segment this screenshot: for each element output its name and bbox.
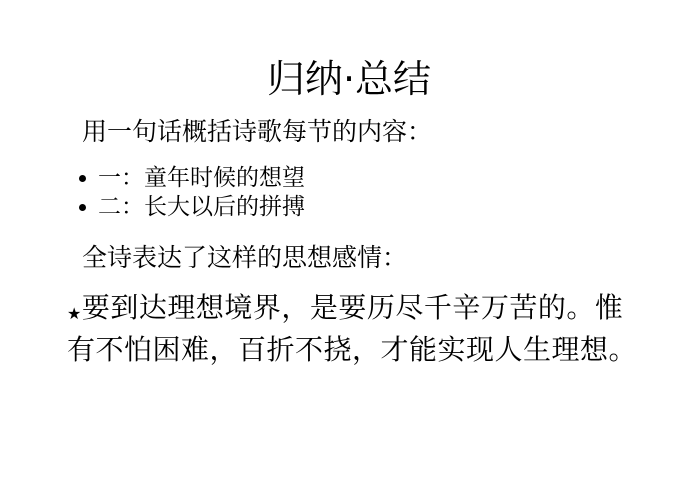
bullet-icon	[79, 204, 86, 211]
theme-prompt: 全诗表达了这样的思想感情：	[82, 242, 407, 274]
conclusion-text: 要到达理想境界，是要历尽千辛万苦的。惟有不怕困难，百折不挠，才能实现人生理想。	[67, 291, 637, 366]
conclusion-paragraph: ★要到达理想境界，是要历尽千辛万苦的。惟有不怕困难，百折不挠，才能实现人生理想。	[67, 290, 637, 368]
list-item: 一：童年时候的想望	[76, 164, 305, 193]
star-icon: ★	[67, 304, 82, 323]
list-item: 二：长大以后的拼搏	[76, 193, 305, 222]
stanza-summary-list: 一：童年时候的想望 二：长大以后的拼搏	[76, 164, 305, 222]
list-item-text: 一：童年时候的想望	[98, 164, 305, 193]
bullet-icon	[79, 175, 86, 182]
slide-title: 归纳·总结	[0, 55, 698, 103]
list-item-text: 二：长大以后的拼搏	[98, 193, 305, 222]
summary-prompt: 用一句话概括诗歌每节的内容：	[82, 116, 432, 148]
slide: 归纳·总结 用一句话概括诗歌每节的内容： 一：童年时候的想望 二：长大以后的拼搏…	[0, 0, 698, 494]
slide-title-text: 归纳·总结	[267, 57, 431, 101]
